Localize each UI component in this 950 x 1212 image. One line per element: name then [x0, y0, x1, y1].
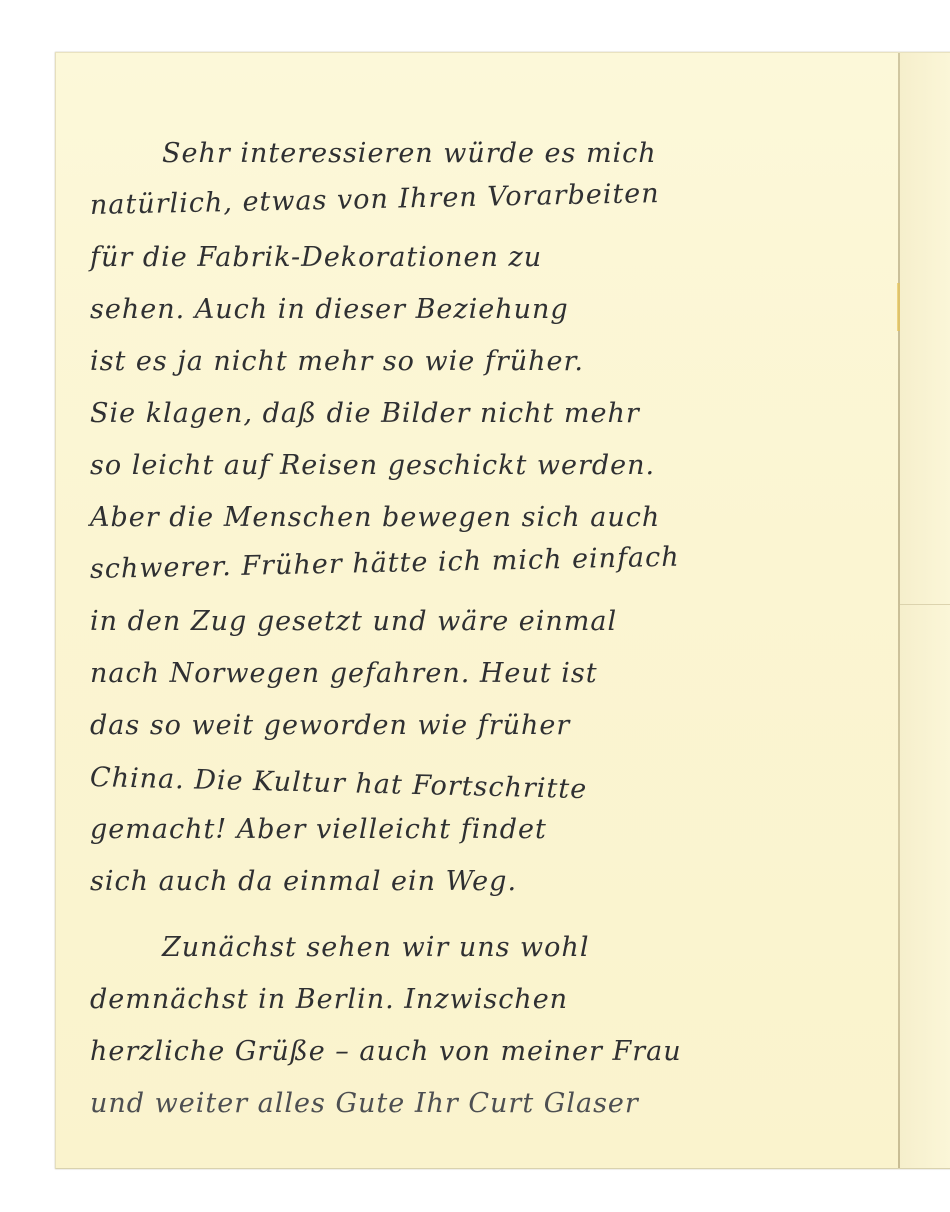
letter-line-5: ist es ja nicht mehr so wie früher. [90, 336, 830, 388]
paper-crease [900, 604, 950, 605]
letter-line-17: demnächst in Berlin. Inzwischen [90, 974, 830, 1026]
letter-line-6: Sie klagen, daß die Bilder nicht mehr [90, 388, 830, 440]
letter-line-10: in den Zug gesetzt und wäre einmal [90, 596, 830, 648]
letter-line-15: sich auch da einmal ein Weg. [90, 856, 830, 908]
letter-line-7: so leicht auf Reisen geschickt werden. [90, 440, 830, 492]
letter-line-12: das so weit geworden wie früher [90, 700, 830, 752]
letter-closing-signature-line: und weiter alles Gute Ihr Curt Glaser [90, 1078, 830, 1130]
letter-body: Sehr interessieren würde es mich natürli… [90, 128, 830, 1130]
letter-line-18: herzliche Grüße – auch von meiner Frau [90, 1026, 830, 1078]
letter-scan: Sehr interessieren würde es mich natürli… [0, 0, 950, 1212]
letter-line-4: sehen. Auch in dieser Beziehung [90, 284, 830, 336]
letter-line-11: nach Norwegen gefahren. Heut ist [90, 648, 830, 700]
letter-page-right-flap [900, 53, 950, 1168]
letter-line-16: Zunächst sehen wir uns wohl [90, 922, 830, 974]
letter-line-14: gemacht! Aber vielleicht findet [90, 804, 830, 856]
letter-line-3: für die Fabrik-Dekorationen zu [90, 232, 830, 284]
